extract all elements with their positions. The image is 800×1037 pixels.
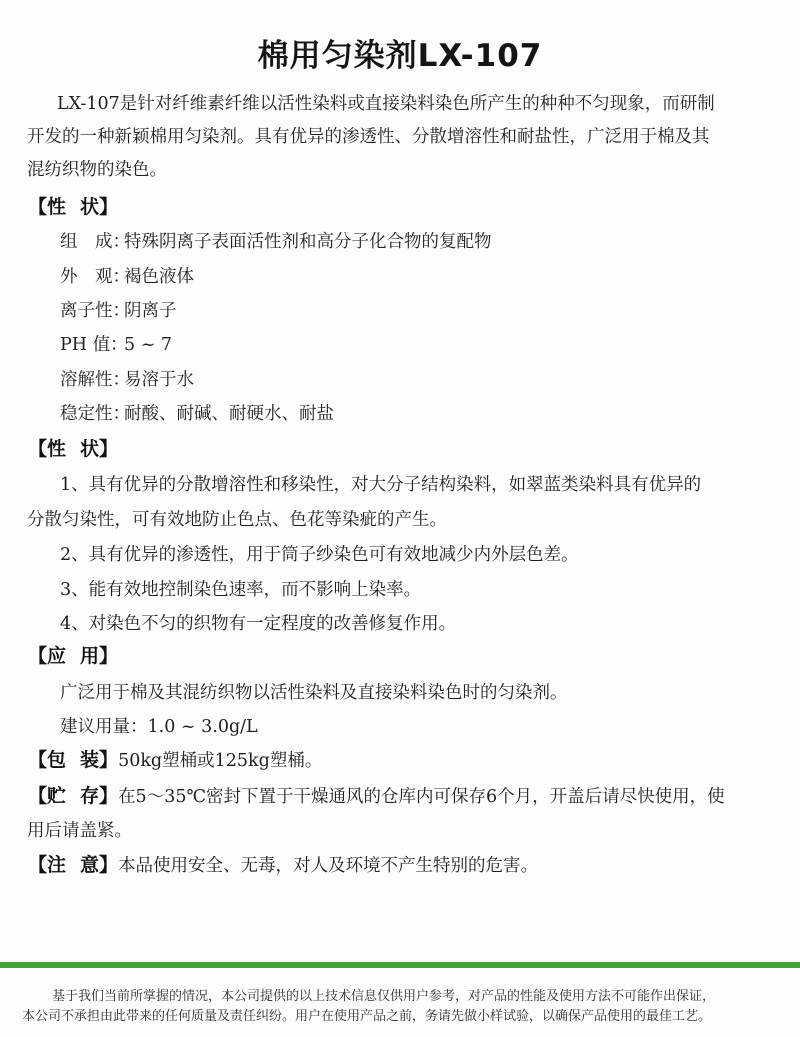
property-value: 5 ~ 7 bbox=[124, 335, 172, 355]
property-value: 阴离子 bbox=[124, 301, 177, 321]
disclaimer-line-2: 本公司不承担由此带来的任何质量及责任纠纷。用户在使用产品之前，务请先做小样试验，… bbox=[22, 1005, 711, 1024]
storage-continuation: 用后请盖紧。 bbox=[27, 820, 132, 842]
application-line-1: 广泛用于棉及其混纺织物以活性染料及直接染料染色时的匀染剂。 bbox=[60, 682, 568, 704]
feature-line-1-cont: 分散匀染性，可有效地防止色点、色花等染疵的产生。 bbox=[27, 509, 447, 531]
heading-char: 贮 bbox=[47, 785, 66, 807]
property-label: 外 观： bbox=[60, 266, 124, 288]
heading-char: 存 bbox=[80, 785, 99, 807]
property-value: 耐酸、耐碱、耐硬水、耐盐 bbox=[124, 404, 334, 424]
property-row: PH 值：5 ~ 7 bbox=[60, 334, 172, 356]
property-value: 特殊阴离子表面活性剂和高分子化合物的复配物 bbox=[124, 232, 492, 252]
heading-char: 状 bbox=[80, 196, 99, 218]
application-dosage: 建议用量：1.0 ~ 3.0g/L bbox=[60, 716, 258, 738]
property-row: 组 成：特殊阴离子表面活性剂和高分子化合物的复配物 bbox=[60, 231, 492, 253]
footer-divider-bar bbox=[0, 962, 800, 968]
property-label: 组 成： bbox=[60, 231, 124, 253]
heading-char: 意 bbox=[80, 854, 99, 876]
heading-char: 应 bbox=[47, 645, 66, 667]
feature-line-4: 4、对染色不匀的织物有一定程度的改善修复作用。 bbox=[60, 613, 456, 635]
disclaimer-line-1: 基于我们当前所掌握的情况，本公司提供的以上技术信息仅供用户参考，对产品的性能及使… bbox=[52, 985, 715, 1004]
property-value: 褐色液体 bbox=[124, 267, 194, 287]
intro-line-3: 混纺织物的染色。 bbox=[27, 159, 167, 181]
feature-line-2: 2、具有优异的渗透性，用于筒子纱染色可有效地减少内外层色差。 bbox=[60, 544, 579, 566]
property-row: 离子性：阴离子 bbox=[60, 300, 177, 322]
property-label: PH 值： bbox=[60, 334, 124, 356]
section-heading-features: 【性状】 bbox=[28, 438, 118, 460]
property-label: 稳定性： bbox=[60, 403, 124, 425]
section-heading-application: 【应用】 bbox=[28, 645, 118, 667]
heading-char: 状 bbox=[80, 438, 99, 460]
heading-char: 性 bbox=[47, 196, 66, 218]
caution-text: 本品使用安全、无毒，对人及环境不产生特别的危害。 bbox=[118, 856, 538, 876]
property-value: 易溶于水 bbox=[124, 370, 194, 390]
section-storage: 【贮存】在5～35℃密封下置于干燥通风的仓库内可保存6个月，开盖后请尽快使用，使 bbox=[28, 785, 725, 808]
property-label: 离子性： bbox=[60, 300, 124, 322]
heading-char: 注 bbox=[47, 854, 66, 876]
heading-char: 性 bbox=[47, 438, 66, 460]
property-row: 外 观：褐色液体 bbox=[60, 266, 194, 288]
section-packaging: 【包装】50kg塑桶或125kg塑桶。 bbox=[28, 749, 322, 772]
section-caution: 【注意】本品使用安全、无毒，对人及环境不产生特别的危害。 bbox=[28, 854, 538, 877]
feature-line-1: 1、具有优异的分散增溶性和移染性，对大分子结构染料，如翠蓝类染料具有优异的 bbox=[60, 474, 701, 496]
packaging-text: 50kg塑桶或125kg塑桶。 bbox=[118, 751, 322, 771]
property-row: 稳定性：耐酸、耐碱、耐硬水、耐盐 bbox=[60, 403, 334, 425]
heading-char: 用 bbox=[80, 645, 99, 667]
property-label: 溶解性： bbox=[60, 369, 124, 391]
heading-char: 装 bbox=[80, 749, 99, 771]
section-heading-properties: 【性状】 bbox=[28, 196, 118, 218]
intro-line-2: 开发的一种新颖棉用匀染剂。具有优异的渗透性、分散增溶性和耐盐性，广泛用于棉及其 bbox=[27, 126, 710, 148]
heading-char: 包 bbox=[47, 749, 66, 771]
property-row: 溶解性：易溶于水 bbox=[60, 369, 194, 391]
intro-line-1: LX-107是针对纤维素纤维以活性染料或直接染料染色所产生的种种不匀现象，而研制 bbox=[57, 93, 715, 115]
document-title: 棉用匀染剂LX-107 bbox=[0, 30, 800, 75]
feature-line-3: 3、能有效地控制染色速率，而不影响上染率。 bbox=[60, 579, 421, 601]
storage-text: 在5～35℃密封下置于干燥通风的仓库内可保存6个月，开盖后请尽快使用，使 bbox=[118, 787, 725, 807]
